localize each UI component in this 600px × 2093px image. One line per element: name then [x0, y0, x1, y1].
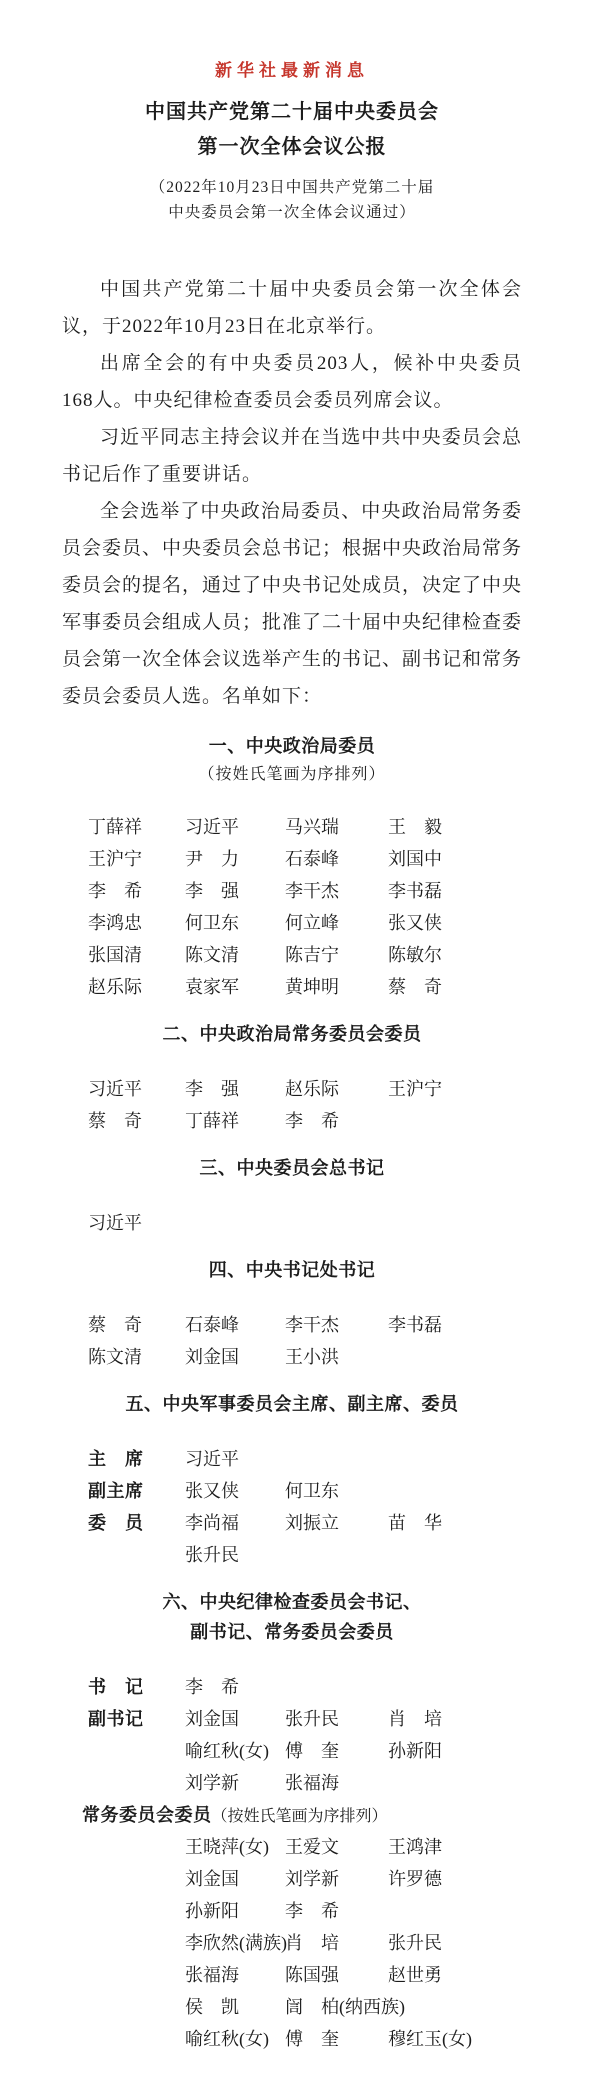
- subtitle-line-1: （2022年10月23日中国共产党第二十届: [62, 175, 522, 200]
- name-row: 刘学新张福海: [62, 1767, 522, 1799]
- member-name: 陈文清: [185, 939, 285, 971]
- role-label: 委 员: [88, 1507, 185, 1539]
- subtitle-line-2: 中央委员会第一次全体会议通过）: [62, 200, 522, 225]
- member-name: 王爱文: [285, 1831, 388, 1863]
- member-name: 苗 华: [388, 1507, 522, 1539]
- paragraph: 全会选举了中央政治局委员、中央政治局常务委员会委员、中央委员会总书记；根据中央政…: [62, 493, 522, 715]
- title-line-1: 中国共产党第二十届中央委员会: [62, 95, 522, 130]
- name-rows: 蔡 奇石泰峰李干杰李书磊陈文清刘金国王小洪: [62, 1309, 522, 1373]
- member-name: 习近平: [88, 1207, 185, 1239]
- member-name: 李 希: [88, 875, 185, 907]
- member-name: 陈吉宁: [285, 939, 388, 971]
- member-name: 陈国强: [285, 1959, 388, 1991]
- document-title: 中国共产党第二十届中央委员会 第一次全体会议公报: [62, 95, 522, 165]
- section: 四、中央书记处书记蔡 奇石泰峰李干杰李书磊陈文清刘金国王小洪: [62, 1255, 522, 1373]
- member-name: 刘学新: [285, 1863, 388, 1895]
- member-name: 李 强: [185, 875, 285, 907]
- sort-note: （按姓氏笔画为序排列）: [212, 1808, 388, 1825]
- name-row: 张升民: [62, 1539, 522, 1571]
- name-rows: 习近平李 强赵乐际王沪宁蔡 奇丁薛祥李 希: [62, 1073, 522, 1137]
- role-label-row: 常务委员会委员（按姓氏笔画为序排列）: [62, 1799, 522, 1831]
- member-name: 何卫东: [185, 907, 285, 939]
- member-name: 李书磊: [388, 1309, 522, 1341]
- name-rows: 主 席习近平副主席张又侠何卫东委 员李尚福刘振立苗 华张升民: [62, 1443, 522, 1571]
- name-rows: 习近平: [62, 1207, 522, 1239]
- name-row: 丁薛祥习近平马兴瑞王 毅: [62, 811, 522, 843]
- member-name: 刘金国: [185, 1863, 285, 1895]
- member-name: 王小洪: [285, 1341, 388, 1373]
- name-row: 张国清陈文清陈吉宁陈敏尔: [62, 939, 522, 971]
- name-row: 副书记刘金国张升民肖 培: [62, 1703, 522, 1735]
- member-name: 訚 柏(纳西族): [285, 1991, 388, 2023]
- masthead: 新华社最新消息: [62, 56, 522, 81]
- name-row: 王沪宁尹 力石泰峰刘国中: [62, 843, 522, 875]
- member-name: 孙新阳: [185, 1895, 285, 1927]
- member-name: 张国清: [88, 939, 185, 971]
- member-name: 张福海: [185, 1959, 285, 1991]
- member-name: 李 强: [185, 1073, 285, 1105]
- member-name: 习近平: [185, 811, 285, 843]
- section: 一、中央政治局委员（按姓氏笔画为序排列）丁薛祥习近平马兴瑞王 毅王沪宁尹 力石泰…: [62, 731, 522, 1003]
- name-row: 赵乐际袁家军黄坤明蔡 奇: [62, 971, 522, 1003]
- name-row: 刘金国刘学新许罗德: [62, 1863, 522, 1895]
- name-row: 书 记李 希: [62, 1671, 522, 1703]
- name-row: 侯 凯訚 柏(纳西族): [62, 1991, 522, 2023]
- member-name: 石泰峰: [285, 843, 388, 875]
- section: 三、中央委员会总书记习近平: [62, 1153, 522, 1239]
- section: 五、中央军事委员会主席、副主席、委员主 席习近平副主席张又侠何卫东委 员李尚福刘…: [62, 1389, 522, 1571]
- role-label: [88, 1959, 185, 1991]
- member-name: 刘金国: [185, 1341, 285, 1373]
- section-heading: 五、中央军事委员会主席、副主席、委员: [62, 1389, 522, 1419]
- member-name: 王鸿津: [388, 1831, 522, 1863]
- role-label: [88, 1991, 185, 2023]
- role-label: [88, 2023, 185, 2055]
- member-name: 何立峰: [285, 907, 388, 939]
- member-name: 穆红玉(女): [388, 2023, 522, 2055]
- name-row: 王晓萍(女)王爱文王鸿津: [62, 1831, 522, 1863]
- member-name: 袁家军: [185, 971, 285, 1003]
- sections: 一、中央政治局委员（按姓氏笔画为序排列）丁薛祥习近平马兴瑞王 毅王沪宁尹 力石泰…: [62, 731, 522, 2055]
- name-row: 副主席张又侠何卫东: [62, 1475, 522, 1507]
- member-name: 李鸿忠: [88, 907, 185, 939]
- member-name: 侯 凯: [185, 1991, 285, 2023]
- section-heading: 二、中央政治局常务委员会委员: [62, 1019, 522, 1049]
- member-name: 赵乐际: [88, 971, 185, 1003]
- member-name: 丁薛祥: [88, 811, 185, 843]
- member-name: 喻红秋(女): [185, 1735, 285, 1767]
- section-heading: 六、中央纪律检查委员会书记、: [62, 1587, 522, 1617]
- title-line-2: 第一次全体会议公报: [62, 130, 522, 165]
- member-name: 张福海: [285, 1767, 388, 1799]
- paragraph: 中国共产党第二十届中央委员会第一次全体会议，于2022年10月23日在北京举行。: [62, 271, 522, 345]
- member-name: 刘学新: [185, 1767, 285, 1799]
- member-name: 李 希: [185, 1671, 285, 1703]
- paragraph: 出席全会的有中央委员203人，候补中央委员168人。中央纪律检查委员会委员列席会…: [62, 345, 522, 419]
- member-name: 李干杰: [285, 875, 388, 907]
- member-name: 赵世勇: [388, 1959, 522, 1991]
- name-row: 蔡 奇石泰峰李干杰李书磊: [62, 1309, 522, 1341]
- name-row: 习近平李 强赵乐际王沪宁: [62, 1073, 522, 1105]
- name-row: 李欣然(满族)肖 培张升民: [62, 1927, 522, 1959]
- member-name: 许罗德: [388, 1863, 522, 1895]
- role-label: [88, 1831, 185, 1863]
- member-name: 赵乐际: [285, 1073, 388, 1105]
- section: 六、中央纪律检查委员会书记、副书记、常务委员会委员书 记李 希副书记刘金国张升民…: [62, 1587, 522, 2055]
- role-label: 副主席: [88, 1475, 185, 1507]
- member-name: 王沪宁: [88, 843, 185, 875]
- member-name: 丁薛祥: [185, 1105, 285, 1137]
- name-row: 李 希李 强李干杰李书磊: [62, 875, 522, 907]
- section-heading: 三、中央委员会总书记: [62, 1153, 522, 1183]
- member-name: 喻红秋(女): [185, 2023, 285, 2055]
- role-label: 书 记: [88, 1671, 185, 1703]
- member-name: 陈文清: [88, 1341, 185, 1373]
- member-name: 刘振立: [285, 1507, 388, 1539]
- role-label: 常务委员会委员: [82, 1805, 212, 1825]
- role-label: 主 席: [88, 1443, 185, 1475]
- member-name: 傅 奎: [285, 1735, 388, 1767]
- member-name: 习近平: [185, 1443, 285, 1475]
- name-row: 习近平: [62, 1207, 522, 1239]
- member-name: 刘金国: [185, 1703, 285, 1735]
- member-name: 何卫东: [285, 1475, 388, 1507]
- section-heading-line2: 副书记、常务委员会委员: [62, 1617, 522, 1647]
- name-row: 陈文清刘金国王小洪: [62, 1341, 522, 1373]
- name-rows: 书 记李 希副书记刘金国张升民肖 培喻红秋(女)傅 奎孙新阳刘学新张福海常务委员…: [62, 1671, 522, 2055]
- member-name: 张升民: [388, 1927, 522, 1959]
- member-name: 张升民: [285, 1703, 388, 1735]
- section-heading: 四、中央书记处书记: [62, 1255, 522, 1285]
- role-label: [88, 1863, 185, 1895]
- member-name: 王沪宁: [388, 1073, 522, 1105]
- section-heading: 一、中央政治局委员: [62, 731, 522, 761]
- name-row: 主 席习近平: [62, 1443, 522, 1475]
- member-name: 张又侠: [185, 1475, 285, 1507]
- member-name: 王晓萍(女): [185, 1831, 285, 1863]
- member-name: 李 希: [285, 1895, 388, 1927]
- member-name: 习近平: [88, 1073, 185, 1105]
- name-row: 孙新阳李 希: [62, 1895, 522, 1927]
- section: 二、中央政治局常务委员会委员习近平李 强赵乐际王沪宁蔡 奇丁薛祥李 希: [62, 1019, 522, 1137]
- member-name: 尹 力: [185, 843, 285, 875]
- name-row: 喻红秋(女)傅 奎穆红玉(女): [62, 2023, 522, 2055]
- member-name: 黄坤明: [285, 971, 388, 1003]
- role-label: [88, 1895, 185, 1927]
- member-name: 孙新阳: [388, 1735, 522, 1767]
- member-name: 李干杰: [285, 1309, 388, 1341]
- document-content: 新华社最新消息 中国共产党第二十届中央委员会 第一次全体会议公报 （2022年1…: [0, 0, 600, 2055]
- document-page: 新华社最新消息 中国共产党第二十届中央委员会 第一次全体会议公报 （2022年1…: [0, 0, 600, 2093]
- member-name: 蔡 奇: [88, 1105, 185, 1137]
- member-name: 李尚福: [185, 1507, 285, 1539]
- member-name: 蔡 奇: [388, 971, 522, 1003]
- paragraphs: 中国共产党第二十届中央委员会第一次全体会议，于2022年10月23日在北京举行。…: [62, 271, 522, 715]
- member-name: 石泰峰: [185, 1309, 285, 1341]
- member-name: 肖 培: [285, 1927, 388, 1959]
- name-row: 李鸿忠何卫东何立峰张又侠: [62, 907, 522, 939]
- section-sort-note: （按姓氏笔画为序排列）: [62, 763, 522, 787]
- name-row: 委 员李尚福刘振立苗 华: [62, 1507, 522, 1539]
- member-name: 马兴瑞: [285, 811, 388, 843]
- document-subtitle: （2022年10月23日中国共产党第二十届 中央委员会第一次全体会议通过）: [62, 175, 522, 225]
- name-row: 蔡 奇丁薛祥李 希: [62, 1105, 522, 1137]
- member-name: 李书磊: [388, 875, 522, 907]
- role-label: [88, 1767, 185, 1799]
- member-name: 王 毅: [388, 811, 522, 843]
- member-name: 张升民: [185, 1539, 285, 1571]
- role-label: [88, 1927, 185, 1959]
- name-rows: 丁薛祥习近平马兴瑞王 毅王沪宁尹 力石泰峰刘国中李 希李 强李干杰李书磊李鸿忠何…: [62, 811, 522, 1003]
- member-name: 李欣然(满族): [185, 1927, 285, 1959]
- role-label: 副书记: [88, 1703, 185, 1735]
- member-name: 傅 奎: [285, 2023, 388, 2055]
- name-row: 张福海陈国强赵世勇: [62, 1959, 522, 1991]
- role-label: [88, 1735, 185, 1767]
- member-name: 刘国中: [388, 843, 522, 875]
- member-name: 肖 培: [388, 1703, 522, 1735]
- member-name: 蔡 奇: [88, 1309, 185, 1341]
- paragraph: 习近平同志主持会议并在当选中共中央委员会总书记后作了重要讲话。: [62, 419, 522, 493]
- member-name: 张又侠: [388, 907, 522, 939]
- member-name: 陈敏尔: [388, 939, 522, 971]
- member-name: 李 希: [285, 1105, 388, 1137]
- role-label: [88, 1539, 185, 1571]
- name-row: 喻红秋(女)傅 奎孙新阳: [62, 1735, 522, 1767]
